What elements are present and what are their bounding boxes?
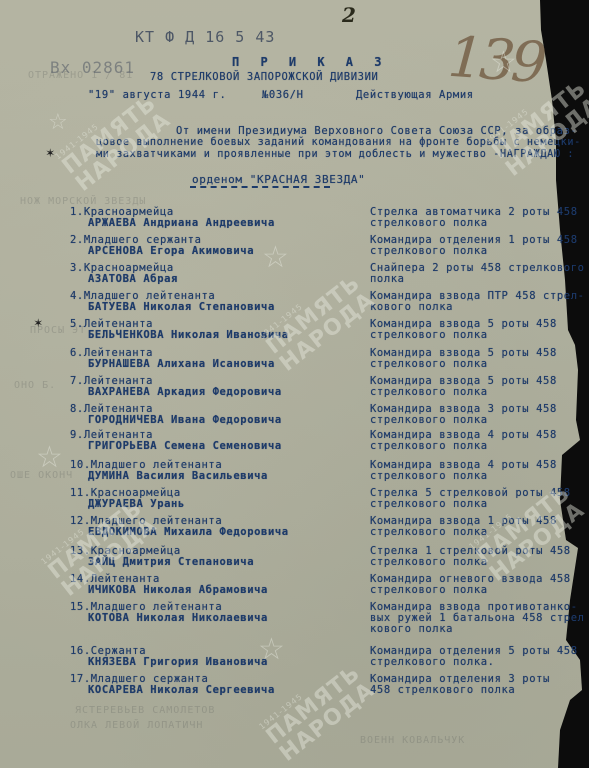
awardee-position: стрелкового полка bbox=[370, 498, 488, 510]
star-icon: ☆ bbox=[36, 440, 63, 475]
ghost-text: ОНО Б. bbox=[14, 380, 56, 391]
awardee-name: ВАХРАНЕВА Аркадия Федоровича bbox=[88, 386, 282, 398]
order-title: П Р И К А З bbox=[232, 55, 388, 69]
awardee-position: стрелкового полка bbox=[370, 526, 488, 538]
awardee-position: стрелкового полка bbox=[370, 440, 488, 452]
awardee-position: стрелкового полка bbox=[370, 217, 488, 229]
awardee-position: стрелкового полка bbox=[370, 584, 488, 596]
awardee-position: стрелкового полка. bbox=[370, 656, 495, 668]
awardee-name: КОСАРЕВА Николая Сергеевича bbox=[88, 684, 275, 696]
awardee-name: КНЯЗЕВА Григория Ивановича bbox=[88, 656, 268, 668]
awardee-position: стрелкового полка bbox=[370, 358, 488, 370]
star-icon: ☆ bbox=[490, 45, 517, 80]
award-underline bbox=[190, 186, 330, 188]
awardee-name: БАТУЕВА Николая Степановича bbox=[88, 301, 275, 313]
awardee-position: стрелкового полка bbox=[370, 470, 488, 482]
awardee-position: стрелкового полка bbox=[370, 386, 488, 398]
awardee-position: стрелкового полка bbox=[370, 245, 488, 257]
ink-blot: ✶ bbox=[34, 316, 44, 326]
awardee-name: ДУМИНА Василия Васильевича bbox=[88, 470, 268, 482]
ghost-text: ВОЕНН КОВАЛЬЧУК bbox=[360, 735, 465, 746]
awardee-position: стрелкового полка bbox=[370, 414, 488, 426]
awardee-name: АРСЕНОВА Егора Акимовича bbox=[88, 245, 254, 257]
award-name: орденом "КРАСНАЯ ЗВЕЗДА" bbox=[192, 173, 365, 186]
ghost-text: ЯСТЕРЕВЬЕВ САМОЛЕТОВ bbox=[75, 705, 215, 716]
awardee-name: ГОРОДНИЧЕВА Ивана Федоровича bbox=[88, 414, 282, 426]
awardee-name: АРЖАЕВА Андриана Андреевича bbox=[88, 217, 275, 229]
order-date: "19" августа 1944 г. bbox=[88, 89, 226, 101]
page-number: 2 bbox=[342, 3, 356, 27]
awardee-name: ГРИГОРЬЕВА Семена Семеновича bbox=[88, 440, 282, 452]
awardee-position: кового полка bbox=[370, 623, 453, 635]
awardee-name: ИЧИКОВА Николая Абрамовича bbox=[88, 584, 268, 596]
archive-stamp: КТ Ф Д 16 5 43 bbox=[135, 28, 275, 46]
awardee-name: БУРНАШЕВА Алихана Исановича bbox=[88, 358, 275, 370]
division-name: 78 СТРЕЛКОВОЙ ЗАПОРОЖСКОЙ ДИВИЗИИ bbox=[150, 71, 378, 83]
ghost-text: ОЛКА ЛЕВОЙ ЛОПАТИЧН bbox=[70, 720, 203, 731]
star-icon: ☆ bbox=[262, 240, 289, 275]
awardee-name: КОТОВА Николая Николаевича bbox=[88, 612, 268, 624]
awardee-name: АЗАТОВА Абрая bbox=[88, 273, 178, 285]
awardee-position: полка bbox=[370, 273, 405, 285]
incoming-stamp: Вх 02861 bbox=[50, 58, 135, 77]
star-icon: ☆ bbox=[258, 632, 285, 667]
star-icon: ☆ bbox=[48, 110, 68, 135]
awardee-position: стрелкового полка bbox=[370, 556, 488, 568]
order-number: №036/Н bbox=[262, 89, 304, 101]
awardee-position: кового полка bbox=[370, 301, 453, 313]
awardee-position: 458 стрелкового полка bbox=[370, 684, 515, 696]
awardee-position: стрелкового полка bbox=[370, 329, 488, 341]
order-location: Действующая Армия bbox=[356, 89, 474, 101]
